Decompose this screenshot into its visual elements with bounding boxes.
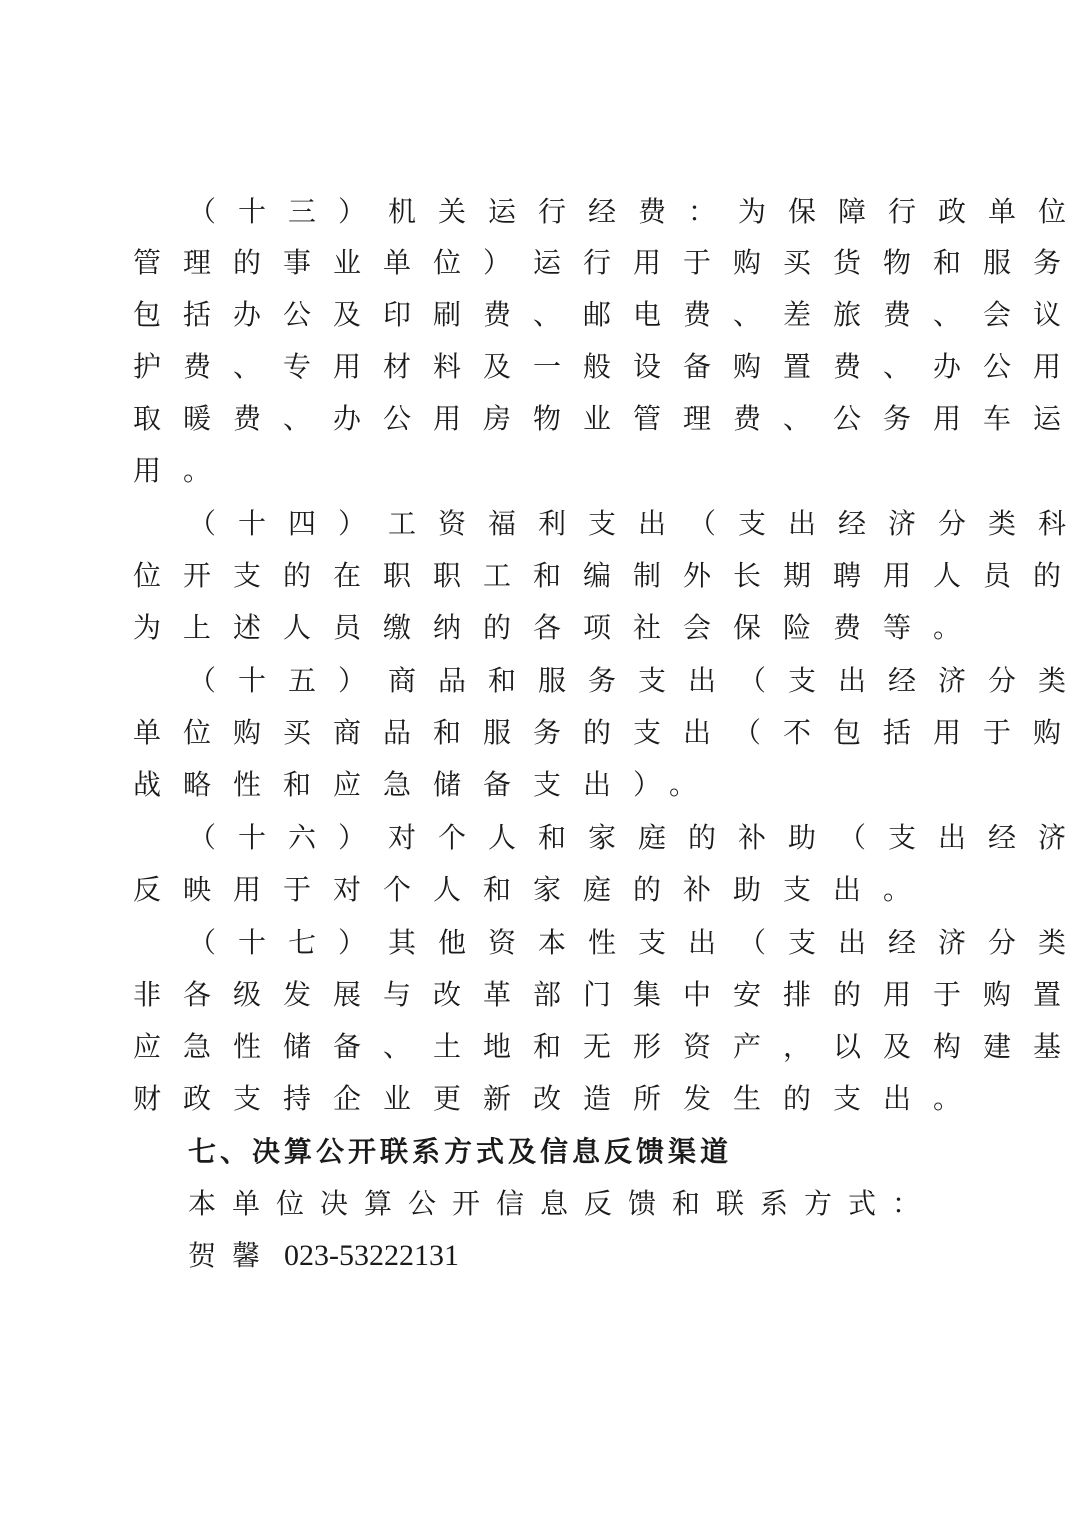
section-13-line-6: 用。 bbox=[133, 445, 953, 497]
contact-line: 贺馨023-53222131 bbox=[188, 1230, 1008, 1282]
section-14-line-1: （十四）工资福利支出（支出经济分类科目类级）：反映单 bbox=[188, 498, 1008, 550]
section-13-line-4: 护费、专用材料及一般设备购置费、办公用房水电费、办公用房 bbox=[133, 341, 953, 393]
contact-phone: 023-53222131 bbox=[284, 1239, 459, 1272]
section-17-line-4: 财政支持企业更新改造所发生的支出。 bbox=[133, 1073, 953, 1125]
document-page: （十三）机关运行经费：为保障行政单位（含参照公务员法 管理的事业单位）运行用于购… bbox=[0, 0, 1075, 1520]
section-15-line-3: 战略性和应急储备支出）。 bbox=[133, 759, 953, 811]
section-14-line-2: 位开支的在职职工和编制外长期聘用人员的各类劳动报酬，以及 bbox=[133, 550, 953, 602]
section-13-line-1: （十三）机关运行经费：为保障行政单位（含参照公务员法 bbox=[188, 186, 1008, 238]
section-16-line-1: （十六）对个人和家庭的补助（支出经济分类科目类级）： bbox=[188, 812, 1008, 864]
contact-intro: 本单位决算公开信息反馈和联系方式： bbox=[188, 1178, 1008, 1230]
section-13-line-3: 包括办公及印刷费、邮电费、差旅费、会议费、福利费、日常维 bbox=[133, 289, 953, 341]
section-16-line-2: 反映用于对个人和家庭的补助支出。 bbox=[133, 864, 953, 916]
section-heading: 七、决算公开联系方式及信息反馈渠道 bbox=[188, 1126, 1008, 1178]
section-15-line-1: （十五）商品和服务支出（支出经济分类科目类级）：反映 bbox=[188, 655, 1008, 707]
section-17-line-2: 非各级发展与改革部门集中安排的用于购置固定资产、战略性和 bbox=[133, 969, 953, 1021]
section-17-line-3: 应急性储备、土地和无形资产，以及构建基础设施、大型修缮和 bbox=[133, 1021, 953, 1073]
section-13-line-2: 管理的事业单位）运行用于购买货物和服务等的各项公用经费， bbox=[133, 237, 953, 289]
section-13-line-5: 取暖费、办公用房物业管理费、公务用车运行维护费以及其他费 bbox=[133, 393, 953, 445]
section-15-line-2: 单位购买商品和服务的支出（不包括用于购置固定资产的支出、 bbox=[133, 707, 953, 759]
section-17-line-1: （十七）其他资本性支出（支出经济分类科目类级）：反映 bbox=[188, 917, 1008, 969]
section-14-line-3: 为上述人员缴纳的各项社会保险费等。 bbox=[133, 602, 953, 654]
contact-name: 贺馨 bbox=[188, 1239, 276, 1272]
